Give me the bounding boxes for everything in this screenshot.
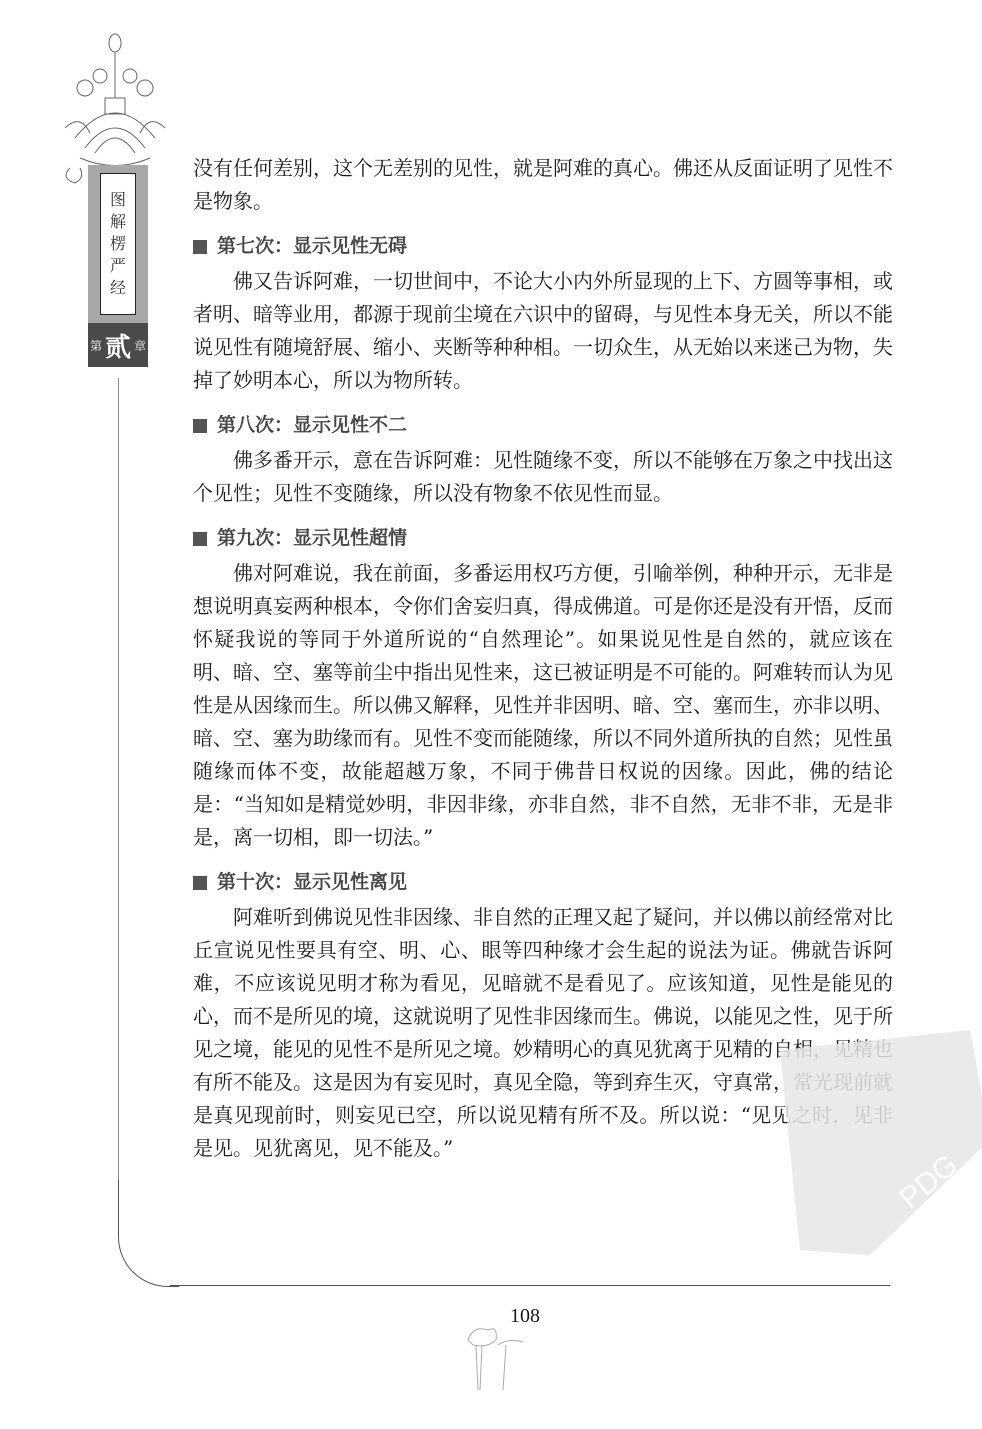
book-title-char: 图 bbox=[110, 189, 126, 211]
square-bullet-icon bbox=[193, 532, 207, 546]
frame-corner bbox=[118, 1180, 179, 1287]
square-bullet-icon bbox=[193, 419, 207, 433]
square-bullet-icon bbox=[193, 240, 207, 254]
chapter-tab: 第 贰 章 bbox=[88, 323, 148, 367]
square-bullet-icon bbox=[193, 876, 207, 890]
book-title-char: 经 bbox=[110, 277, 126, 299]
section-paragraph: 佛又告诉阿难，一切世间中，不论大小内外所显现的上下、方圆等事相，或者明、暗等业用… bbox=[193, 265, 893, 397]
chapter-number: 贰 bbox=[105, 327, 131, 364]
pdg-watermark-icon: PDG bbox=[740, 1020, 982, 1260]
book-title-char: 严 bbox=[110, 255, 126, 277]
tree-ornament-icon bbox=[458, 1320, 538, 1390]
chapter-prefix: 第 bbox=[90, 337, 102, 354]
book-title-char: 楞 bbox=[110, 233, 126, 255]
page-content: 没有任何差别，这个无差别的见性，就是阿难的真心。佛还从反面证明了见性不是物象。 … bbox=[193, 152, 893, 1165]
section-heading-text: 第七次：显示见性无碍 bbox=[217, 230, 407, 263]
section-heading: 第八次：显示见性不二 bbox=[193, 409, 893, 442]
section-paragraph: 佛多番开示，意在告诉阿难：见性随缘不变，所以不能够在万象之中找出这个见性；见性不… bbox=[193, 444, 893, 510]
book-title-char: 解 bbox=[110, 211, 126, 233]
section-heading: 第十次：显示见性离见 bbox=[193, 866, 893, 899]
book-title-tab: 图 解 楞 严 经 bbox=[88, 165, 148, 325]
section-heading-text: 第十次：显示见性离见 bbox=[217, 866, 407, 899]
section-heading-text: 第九次：显示见性超情 bbox=[217, 522, 407, 555]
lotus-ornament-icon bbox=[55, 28, 175, 188]
section-paragraph: 佛对阿难说，我在前面，多番运用权巧方便，引喻举例，种种开示，无非是想说明真妄两种… bbox=[193, 557, 893, 854]
frame-bottom-line bbox=[170, 1285, 890, 1286]
frame-left-line bbox=[118, 378, 119, 1208]
book-title: 图 解 楞 严 经 bbox=[100, 173, 136, 315]
section-heading: 第七次：显示见性无碍 bbox=[193, 230, 893, 263]
intro-paragraph: 没有任何差别，这个无差别的见性，就是阿难的真心。佛还从反面证明了见性不是物象。 bbox=[193, 152, 893, 218]
section-heading-text: 第八次：显示见性不二 bbox=[217, 409, 407, 442]
chapter-suffix: 章 bbox=[134, 337, 146, 354]
section-heading: 第九次：显示见性超情 bbox=[193, 522, 893, 555]
